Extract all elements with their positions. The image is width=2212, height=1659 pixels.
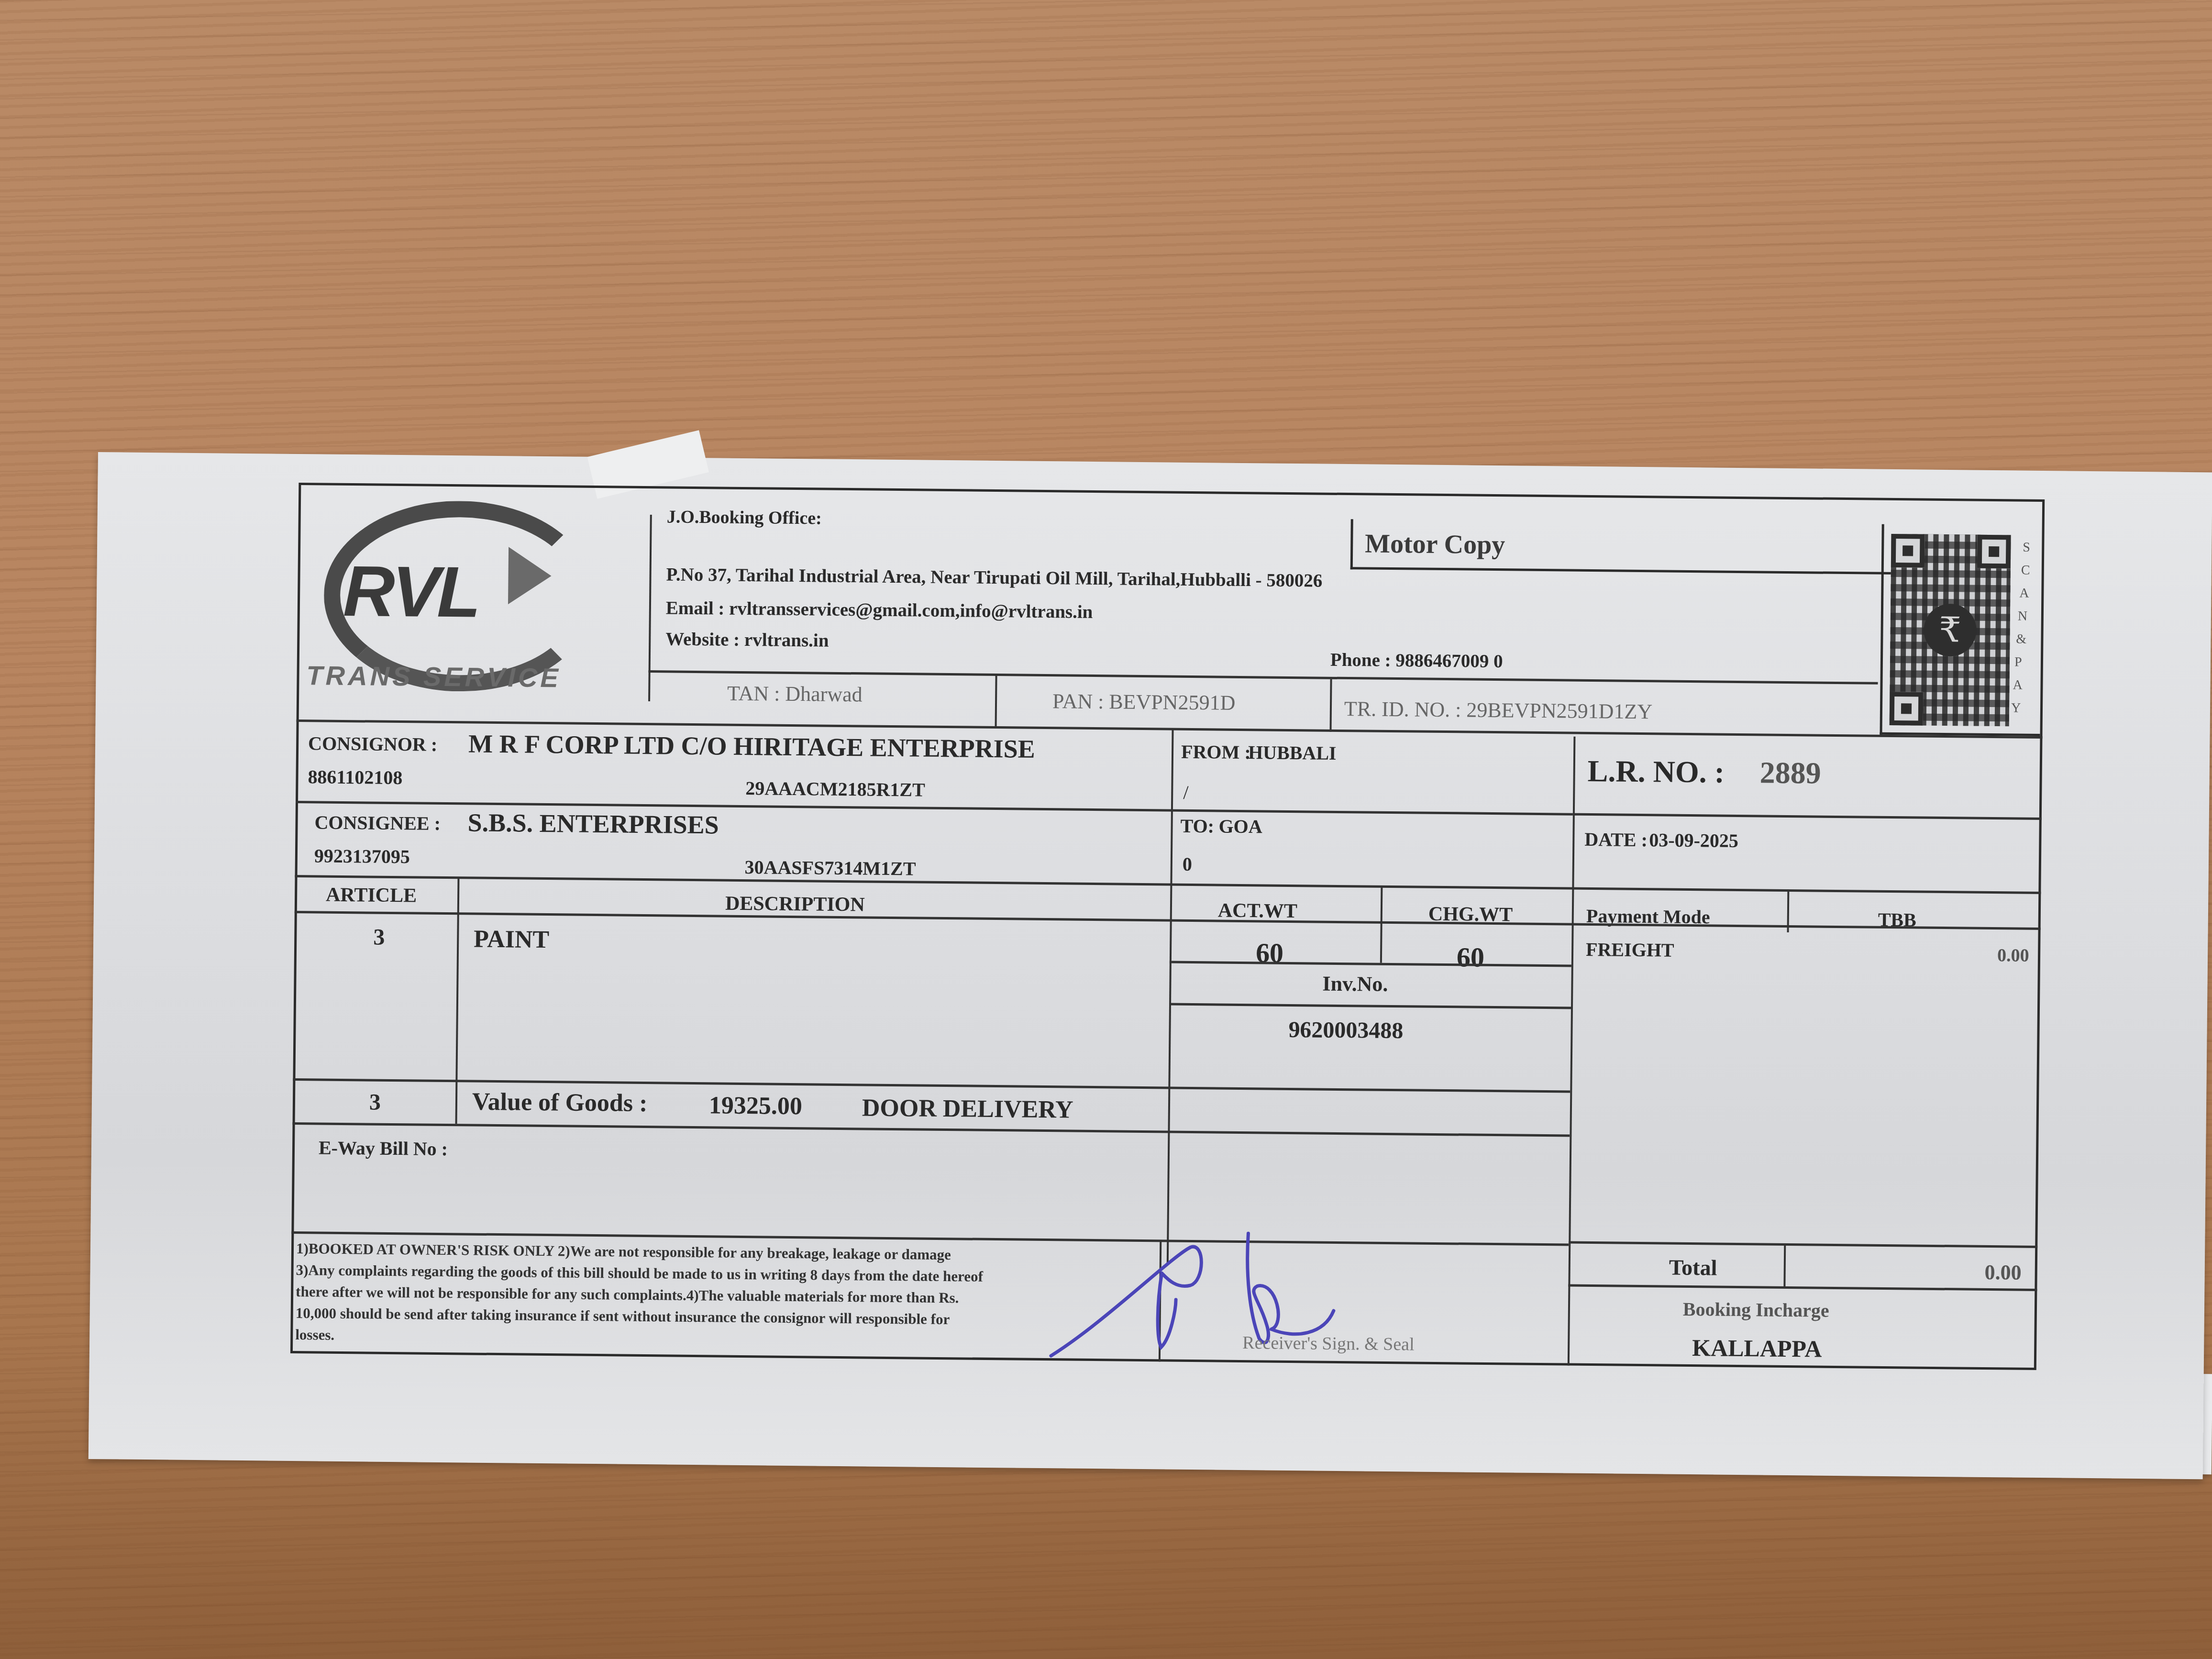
lr-number: 2889 <box>1759 757 1821 788</box>
qr-finder-icon <box>1977 535 2011 569</box>
booking-incharge-label: Booking Incharge <box>1683 1300 1829 1320</box>
total-label: Total <box>1669 1257 1717 1279</box>
terms-line: losses. <box>295 1327 334 1342</box>
invoice-number: 9620003488 <box>1288 1018 1403 1042</box>
freight-label: FREIGHT <box>1586 940 1674 960</box>
from-sub: / <box>1183 783 1189 802</box>
scan-pay-letter: S <box>2023 540 2030 555</box>
scan-pay-letter: A <box>2019 586 2029 601</box>
from-city: HUBBALI <box>1248 743 1337 763</box>
receiver-sign-label: Receiver's Sign. & Seal <box>1242 1334 1415 1353</box>
to-label: TO: <box>1180 817 1214 836</box>
booking-incharge-name: KALLAPPA <box>1692 1336 1822 1361</box>
scan-pay-letter: Y <box>2011 700 2021 716</box>
scan-pay-letter: A <box>2013 677 2023 693</box>
consignor-name: M R F CORP LTD C/O HIRITAGE ENTERPRISE <box>468 730 1035 762</box>
consignor-phone: 8861102108 <box>308 767 402 787</box>
scan-pay-letter: N <box>2018 609 2028 624</box>
qr-finder-icon <box>1891 534 1925 568</box>
lorry-receipt-sheet: RVL TRANS SERVICE J.O.Booking Office: Mo… <box>88 452 2212 1479</box>
date-label: DATE : <box>1584 830 1648 850</box>
delivery-type: DOOR DELIVERY <box>862 1095 1073 1122</box>
logo-arrow-icon <box>508 547 552 605</box>
receipt-form: RVL TRANS SERVICE J.O.Booking Office: Mo… <box>290 483 2045 1370</box>
tan-number: TAN : Dharwad <box>727 683 863 706</box>
charged-weight: 60 <box>1457 943 1485 972</box>
article-count: 3 <box>373 926 385 949</box>
scan-pay-letter: & <box>2016 632 2026 647</box>
act-wt-header: ACT.WT <box>1218 901 1297 922</box>
total-articles: 3 <box>369 1091 381 1114</box>
divider <box>1783 1244 1786 1287</box>
freight-amount: 0.00 <box>1997 946 2029 965</box>
consignor-label: CONSIGNOR : <box>308 734 437 754</box>
copy-label: Motor Copy <box>1365 530 1505 558</box>
value-of-goods-label: Value of Goods : <box>472 1090 648 1117</box>
invoice-number-header: Inv.No. <box>1322 973 1388 995</box>
company-website: Website : rvltrans.in <box>665 630 829 650</box>
eway-bill-label: E-Way Bill No : <box>319 1138 448 1159</box>
total-amount: 0.00 <box>1985 1262 2022 1283</box>
company-email: Email : rvltransservices@gmail.com,info@… <box>666 598 1093 621</box>
scan-pay-letter: C <box>2021 563 2030 578</box>
consignor-gstin: 29AAACM2185R1ZT <box>745 779 925 800</box>
from-label: FROM : <box>1181 742 1251 762</box>
scan-pay-letter: P <box>2014 654 2022 670</box>
consignee-gstin: 30AASFS7314M1ZT <box>745 858 916 878</box>
qr-finder-icon <box>1890 692 1924 726</box>
value-of-goods: 19325.00 <box>709 1093 802 1119</box>
article-header: ARTICLE <box>326 885 417 906</box>
consignee-name: S.B.S. ENTERPRISES <box>467 809 719 838</box>
to-sub: 0 <box>1183 855 1192 874</box>
lr-date: 03-09-2025 <box>1649 830 1738 851</box>
description-header: DESCRIPTION <box>725 894 865 915</box>
company-phone: Phone : 9886467009 0 <box>1330 651 1503 671</box>
consignee-phone: 9923137095 <box>314 846 410 866</box>
tr-id-number: TR. ID. NO. : 29BEVPN2591D1ZY <box>1344 698 1653 722</box>
logo-text: RVL <box>343 555 478 628</box>
office-heading: J.O.Booking Office: <box>667 508 822 527</box>
lr-number-label: L.R. NO. : <box>1587 756 1725 788</box>
goods-description: PAINT <box>474 927 549 953</box>
pan-number: PAN : BEVPN2591D <box>1052 691 1236 714</box>
to-city: GOA <box>1218 817 1262 837</box>
consignee-label: CONSIGNEE : <box>314 813 441 833</box>
upi-rupee-icon: ₹ <box>1924 604 1977 657</box>
logo-subtext: TRANS SERVICE <box>306 662 561 691</box>
